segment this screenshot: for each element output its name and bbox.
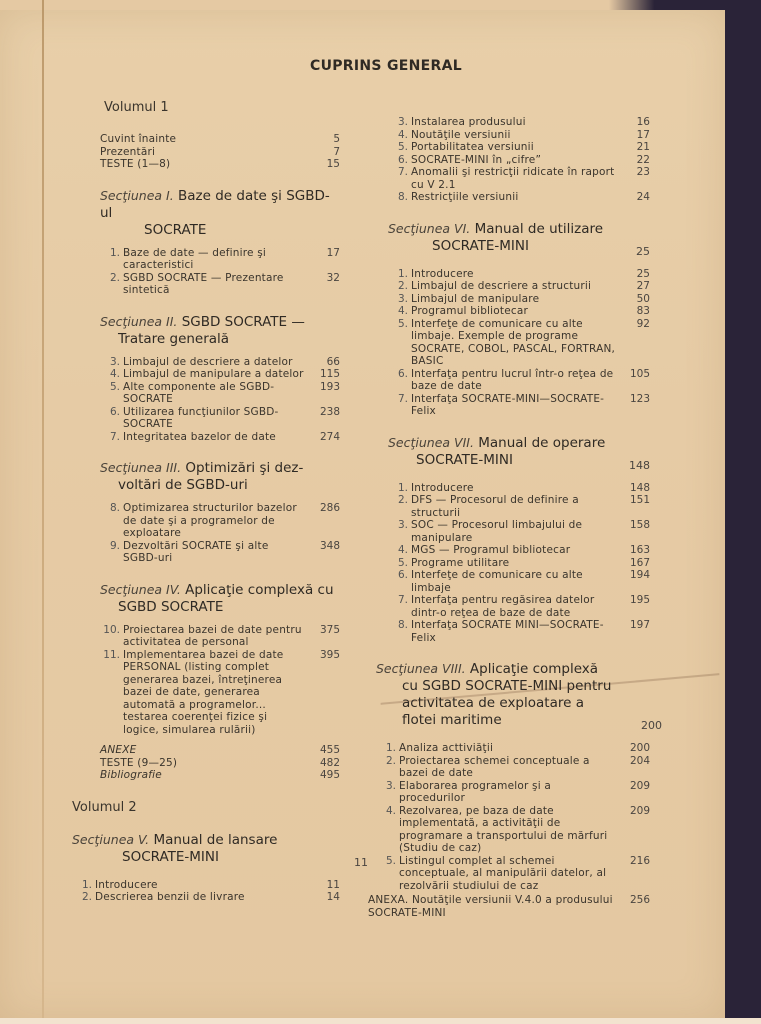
toc-entry: 5.Programe utilitare167: [388, 557, 650, 570]
toc-entry: 5.Interfeţe de comunicare cu alte limbaj…: [388, 318, 650, 368]
section-heading: Secţiunea VII. Manual de operare SOCRATE…: [388, 434, 650, 474]
toc-entry: 3.SOC — Procesorul limbajului de manipul…: [388, 519, 650, 544]
toc-entry: 4.Limbajul de manipulare a datelor115: [100, 368, 340, 381]
toc-entry: 2.DFS — Procesorul de definire a structu…: [388, 494, 650, 519]
page-fold-line: [42, 0, 44, 1024]
toc-entry: 2.Limbajul de descriere a structurii27: [388, 280, 650, 293]
toc-entry: 7.Integritatea bazelor de date274: [100, 431, 340, 444]
toc-entry: 8.Restricţiile versiunii24: [388, 191, 650, 204]
toc-entry: 1.Analiza acttiviăţii200: [376, 742, 650, 755]
toc-entry: 2.SGBD SOCRATE — Prezentare sintetică32: [100, 272, 340, 297]
toc-entry: 7.Interfaţa pentru regăsirea datelor din…: [388, 594, 650, 619]
page-bottom-edge: [0, 1018, 761, 1024]
toc-entry: 2.Descrierea benzii de livrare14: [72, 891, 340, 904]
toc-entry: 1.Baze de date — definire şi caracterist…: [100, 247, 340, 272]
toc-entry: 1.Introducere25: [388, 268, 650, 281]
toc-entry: 4.Noutăţile versiunii17: [388, 129, 650, 142]
toc-entry-bibliography: Bibliografie495: [100, 769, 340, 782]
toc-entry: 2.Proiectarea schemei conceptuale a baze…: [376, 755, 650, 780]
toc-entry: 4.Programul bibliotecar83: [388, 305, 650, 318]
toc-entry: 6.Interfeţe de comunicare cu alte limbaj…: [388, 569, 650, 594]
toc-entry: 7.Interfaţa SOCRATE-MINI—SOCRATE-Felix12…: [388, 393, 650, 418]
toc-entry: 7.Anomalii şi restricţii ridicate în rap…: [388, 166, 650, 191]
toc-entry: TESTE (1—8)15: [100, 158, 340, 171]
toc-entry: 3.Limbajul de manipulare50: [388, 293, 650, 306]
volume-1-heading: Volumul 1: [104, 100, 340, 115]
toc-entry: 5.Alte componente ale SGBD-SOCRATE193: [100, 381, 340, 406]
section-heading: Secţiunea I. Baze de date şi SGBD-ul SOC…: [100, 187, 340, 239]
section-heading: Secţiunea VIII. Aplicaţie complexă cu SG…: [376, 660, 650, 734]
toc-entry: 3.Instalarea produsului16: [388, 116, 650, 129]
toc-entry: 4.Rezolvarea, pe baza de date implementa…: [376, 805, 650, 855]
section-heading: Secţiunea V. Manual de lansare SOCRATE-M…: [72, 831, 340, 871]
toc-entry: 5.Portabilitatea versiunii21: [388, 141, 650, 154]
section-heading: Secţiunea II. SGBD SOCRATE — Tratare gen…: [100, 313, 340, 348]
toc-entry: 9.Dezvoltări SOCRATE şi alte SGBD-uri348: [100, 540, 340, 565]
toc-entry-tests: TESTE (9—25)482: [100, 757, 340, 770]
toc-entry: Cuvint înainte5: [100, 133, 340, 146]
section-heading: Secţiunea IV. Aplicaţie complexă cu SGBD…: [100, 581, 340, 616]
toc-entry: 1.Introducere11: [72, 879, 340, 892]
toc-entry: 11.Implementarea bazei de date PERSONAL …: [100, 649, 340, 737]
toc-entry-annex: ANEXA. Noutăţile versiunii V.4.0 a produ…: [368, 894, 650, 919]
toc-left-column: Volumul 1 Cuvint înainte5 Prezentări7 TE…: [100, 100, 340, 904]
toc-entry: 4.MGS — Programul bibliotecar163: [388, 544, 650, 557]
toc-entry-annexes: ANEXE455: [100, 744, 340, 757]
toc-entry: Prezentări7: [100, 146, 340, 159]
section-heading: Secţiunea VI. Manual de utilizare SOCRAT…: [388, 220, 650, 260]
toc-right-column: 3.Instalarea produsului16 4.Noutăţile ve…: [388, 116, 650, 919]
toc-entry: 3.Limbajul de descriere a datelor66: [100, 356, 340, 369]
page-title: CUPRINS GENERAL: [310, 58, 462, 74]
front-matter-list: Cuvint înainte5 Prezentări7 TESTE (1—8)1…: [100, 133, 340, 171]
toc-entry: 6.SOCRATE-MINI în „cifre”22: [388, 154, 650, 167]
toc-entry: 1.Introducere148: [388, 482, 650, 495]
toc-entry: 6.Interfaţa pentru lucrul într-o reţea d…: [388, 368, 650, 393]
toc-entry: 8.Optimizarea structurilor bazelor de da…: [100, 502, 340, 540]
toc-entry: 8.Interfaţa SOCRATE MINI—SOCRATE-Felix19…: [388, 619, 650, 644]
toc-entry: 5.Listingul complet al schemei conceptua…: [376, 855, 650, 893]
toc-entry: 10.Proiectarea bazei de date pentru acti…: [100, 624, 340, 649]
toc-entry: 3.Elaborarea programelor şi a proceduril…: [376, 780, 650, 805]
toc-entry: 6.Utilizarea funcţiunilor SGBD-SOCRATE23…: [100, 406, 340, 431]
volume-2-heading: Volumul 2: [72, 800, 340, 815]
section-heading: Secţiunea III. Optimizări şi dez- voltăr…: [100, 459, 340, 494]
